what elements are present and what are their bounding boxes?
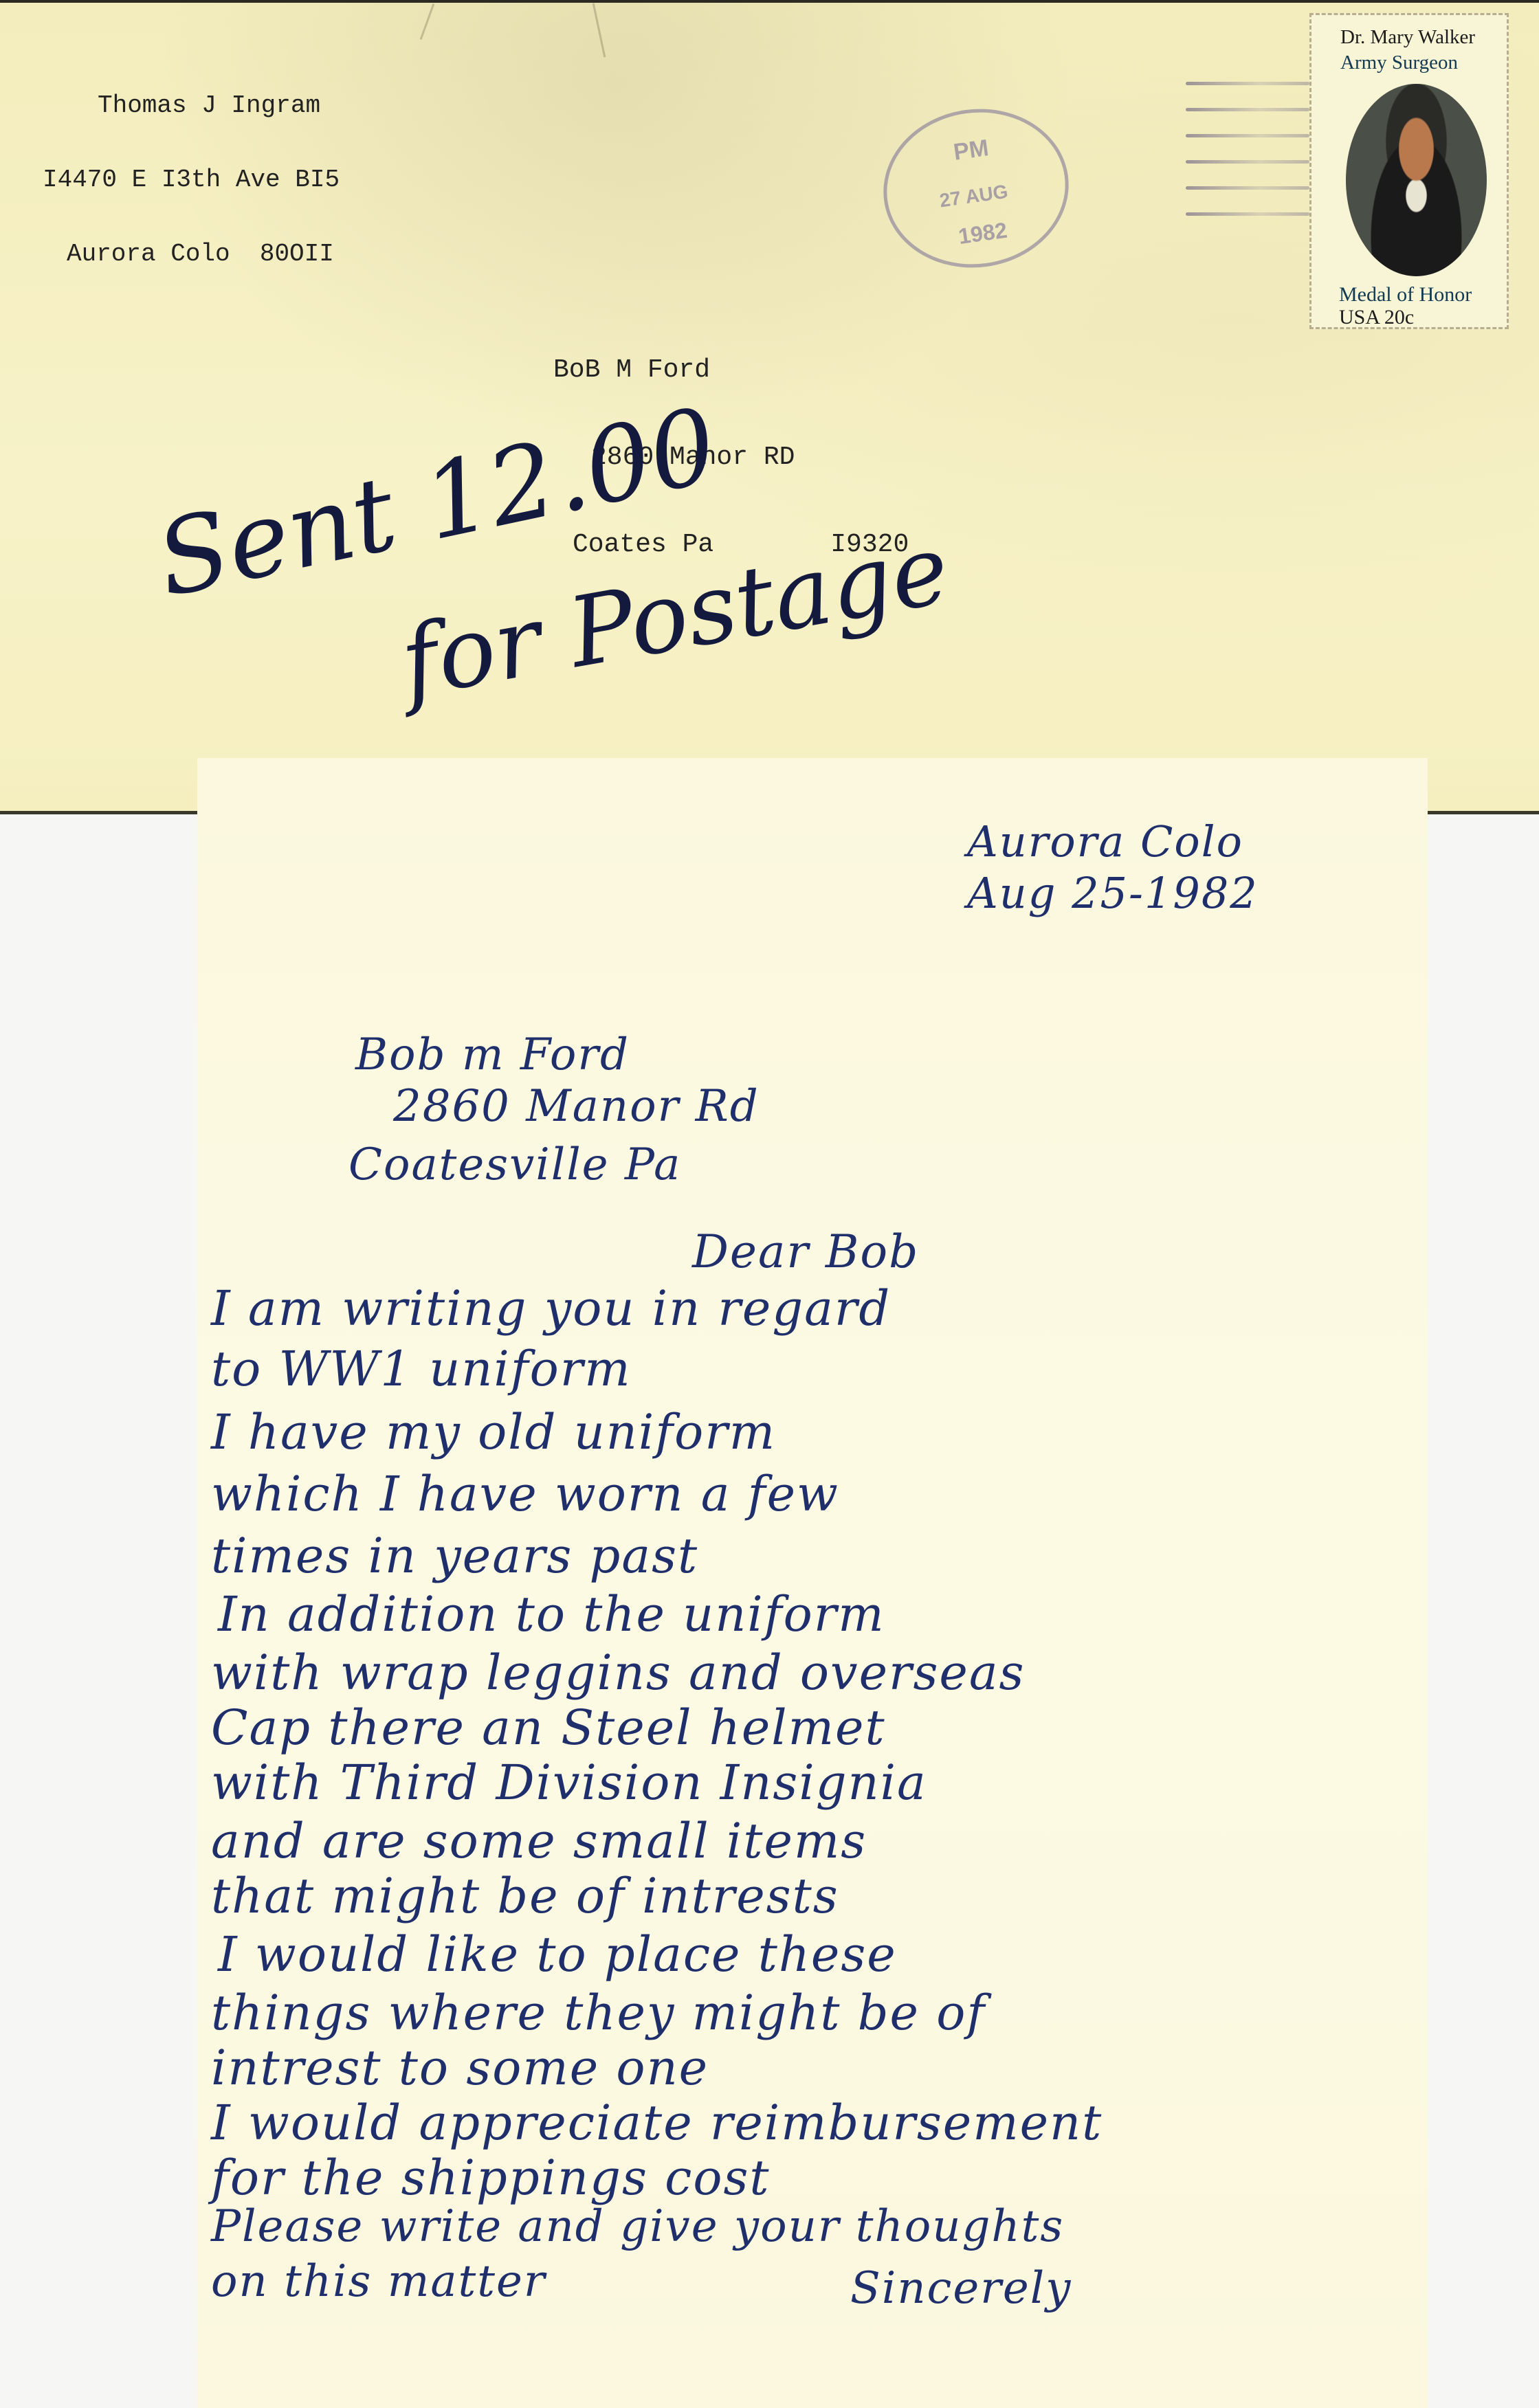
envelope-flap-crease	[420, 3, 435, 40]
body-line: I have my old uniform	[211, 1404, 776, 1460]
postmark-time: PM	[952, 135, 990, 166]
body-line: with Third Division Insignia	[211, 1754, 927, 1811]
handwritten-letter: Aurora Colo Aug 25-1982 Bob m Ford 2860 …	[197, 758, 1428, 2408]
body-line: which I have worn a few	[211, 1466, 839, 1522]
cancel-line	[1186, 212, 1309, 216]
postmark-date: 27 AUG	[938, 181, 1010, 212]
sender-city: Aurora Colo 80OII	[43, 242, 340, 267]
recipient-city: Coates Pa	[573, 530, 713, 559]
salutation: Dear Bob	[692, 1225, 919, 1278]
body-line: I would like to place these	[218, 1926, 897, 1983]
letter-date: Aug 25-1982	[967, 868, 1259, 918]
body-line: on this matter	[211, 2256, 546, 2307]
body-line: I am writing you in regard	[211, 1280, 891, 1337]
stamp-caption: Medal of Honor	[1339, 283, 1472, 306]
body-line: Please write and give your thoughts	[211, 2201, 1064, 2252]
addressee-name: Bob m Ford	[355, 1029, 630, 1080]
body-line: times in years past	[211, 1528, 698, 1584]
body-line: for the shippings cost	[211, 2150, 771, 2206]
envelope-tear	[593, 3, 606, 58]
sender-street: I4470 E I3th Ave BI5	[43, 168, 340, 192]
stamp-value: USA 20c	[1339, 306, 1414, 329]
stamp-title: Dr. Mary Walker	[1340, 27, 1475, 47]
letter-place: Aurora Colo	[967, 816, 1243, 867]
body-line: I would appreciate reimbursement	[211, 2095, 1103, 2151]
cancel-line	[1186, 108, 1309, 111]
body-line: to WW1 uniform	[211, 1341, 632, 1397]
cancel-line	[1186, 160, 1309, 164]
cancel-line	[1186, 186, 1309, 190]
letter-closing: Sincerely	[850, 2263, 1072, 2314]
cancel-line	[1186, 82, 1309, 85]
cancellation-lines	[1186, 82, 1309, 240]
body-line: that might be of intrests	[211, 1868, 839, 1924]
body-line: and are some small items	[211, 1813, 867, 1869]
sender-address: Thomas J Ingram I4470 E I3th Ave BI5 Aur…	[43, 44, 340, 316]
postmark-year: 1982	[957, 217, 1009, 249]
addressee-street: 2860 Manor Rd	[393, 1081, 760, 1132]
body-line: with wrap leggins and overseas	[211, 1645, 1025, 1701]
recipient-name: BoB M Ford	[553, 357, 909, 392]
postage-stamp: Dr. Mary Walker Army Surgeon Medal of Ho…	[1309, 13, 1509, 329]
stamp-portrait-image	[1346, 84, 1487, 276]
stamp-subtitle: Army Surgeon	[1340, 52, 1458, 74]
addressee-city: Coatesville Pa	[348, 1139, 681, 1190]
postmark: PM 27 AUG 1982	[873, 97, 1078, 279]
body-line: intrest to some one	[211, 2040, 709, 2096]
cancel-line	[1186, 134, 1309, 137]
envelope: Thomas J Ingram I4470 E I3th Ave BI5 Aur…	[0, 0, 1539, 814]
body-line: Cap there an Steel helmet	[211, 1699, 886, 1756]
body-line: things where they might be of	[211, 1985, 986, 2041]
body-line: In addition to the uniform	[218, 1586, 885, 1642]
sender-name: Thomas J Ingram	[43, 93, 340, 118]
